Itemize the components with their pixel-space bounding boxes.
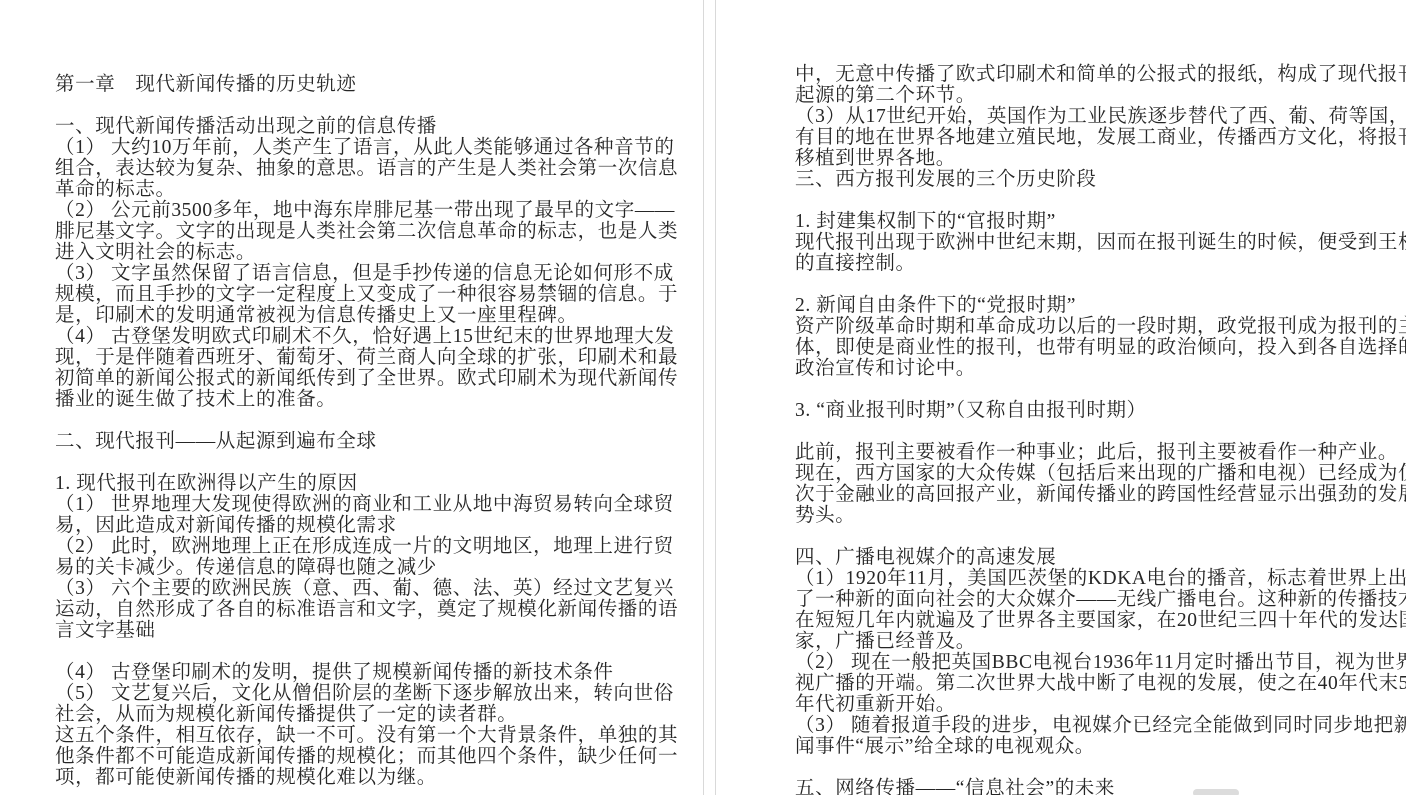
- text-line: 初简单的新闻公报式的新闻纸传到了全世界。欧式印刷术为现代新闻传: [55, 368, 678, 389]
- text-line: （4） 古登堡印刷术的发明，提供了规模新闻传播的新技术条件: [55, 662, 678, 683]
- page-right-text: 中，无意中传播了欧式印刷术和简单的公报式的报纸，构成了现代报刊起源的第二个环节。…: [795, 64, 1406, 795]
- text-line: 三、西方报刊发展的三个历史阶段: [795, 169, 1406, 190]
- document-page-left[interactable]: 第一章 现代新闻传播的历史轨迹 一、现代新闻传播活动出现之前的信息传播（1） 大…: [0, 0, 704, 795]
- text-line: 四、广播电视媒介的高速发展: [795, 547, 1406, 568]
- text-line: [55, 641, 678, 662]
- text-line: [55, 95, 678, 116]
- text-line: 易，因此造成对新闻传播的规模化需求: [55, 515, 678, 536]
- page-left-text: 第一章 现代新闻传播的历史轨迹 一、现代新闻传播活动出现之前的信息传播（1） 大…: [55, 74, 678, 788]
- text-line: （4） 古登堡发明欧式印刷术不久，恰好遇上15世纪末的世界地理大发: [55, 326, 678, 347]
- text-line: [795, 190, 1406, 211]
- text-line: 现代报刊出现于欧洲中世纪末期，因而在报刊诞生的时候，便受到王权: [795, 232, 1406, 253]
- text-line: （3） 随着报道手段的进步，电视媒介已经完全能做到同时同步地把新: [795, 715, 1406, 736]
- text-line: 是，印刷术的发明通常被视为信息传播史上又一座里程碑。: [55, 305, 678, 326]
- text-line: 政治宣传和讨论中。: [795, 358, 1406, 379]
- text-line: 播业的诞生做了技术上的准备。: [55, 389, 678, 410]
- text-line: 现，于是伴随着西班牙、葡萄牙、荷兰商人向全球的扩张，印刷术和最: [55, 347, 678, 368]
- text-line: [795, 526, 1406, 547]
- text-line: 有目的地在世界各地建立殖民地，发展工商业，传播西方文化，将报刊: [795, 127, 1406, 148]
- text-line: （2） 现在一般把英国BBC电视台1936年11月定时播出节目，视为世界电: [795, 652, 1406, 673]
- text-line: 组合，表达较为复杂、抽象的意思。语言的产生是人类社会第一次信息: [55, 158, 678, 179]
- text-line: （2） 公元前3500多年，地中海东岸腓尼基一带出现了最早的文字——: [55, 200, 678, 221]
- text-line: 他条件都不可能造成新闻传播的规模化；而其他四个条件，缺少任何一: [55, 746, 678, 767]
- document-viewport: 第一章 现代新闻传播的历史轨迹 一、现代新闻传播活动出现之前的信息传播（1） 大…: [0, 0, 1406, 795]
- text-line: （2） 此时，欧洲地理上正在形成连成一片的文明地区，地理上进行贸: [55, 536, 678, 557]
- text-line: 革命的标志。: [55, 179, 678, 200]
- text-line: [55, 452, 678, 473]
- text-line: （3）从17世纪开始，英国作为工业民族逐步替代了西、葡、荷等国，: [795, 106, 1406, 127]
- bottom-fade-hint: [1193, 789, 1239, 795]
- text-line: 年代初重新开始。: [795, 694, 1406, 715]
- text-line: 规模，而且手抄的文字一定程度上又变成了一种很容易禁锢的信息。于: [55, 284, 678, 305]
- text-line: （3） 文字虽然保留了语言信息，但是手抄传递的信息无论如何形不成: [55, 263, 678, 284]
- text-line: 现在，西方国家的大众传媒（包括后来出现的广播和电视）已经成为仅: [795, 463, 1406, 484]
- text-line: 二、现代报刊——从起源到遍布全球: [55, 431, 678, 452]
- text-line: 第一章 现代新闻传播的历史轨迹: [55, 74, 678, 95]
- text-line: [795, 421, 1406, 442]
- text-line: 项，都可能使新闻传播的规模化难以为继。: [55, 767, 678, 788]
- text-line: [795, 379, 1406, 400]
- text-line: 体，即使是商业性的报刊，也带有明显的政治倾向，投入到各自选择的: [795, 337, 1406, 358]
- text-line: （1）1920年11月，美国匹茨堡的KDKA电台的播音，标志着世界上出现: [795, 568, 1406, 589]
- text-line: 家，广播已经普及。: [795, 631, 1406, 652]
- text-line: 资产阶级革命时期和革命成功以后的一段时期，政党报刊成为报刊的主: [795, 316, 1406, 337]
- text-line: 的直接控制。: [795, 253, 1406, 274]
- text-line: （1） 世界地理大发现使得欧洲的商业和工业从地中海贸易转向全球贸: [55, 494, 678, 515]
- text-line: 中，无意中传播了欧式印刷术和简单的公报式的报纸，构成了现代报刊: [795, 64, 1406, 85]
- text-line: 了一种新的面向社会的大众媒介——无线广播电台。这种新的传播技术: [795, 589, 1406, 610]
- text-line: [55, 410, 678, 431]
- text-line: （1） 大约10万年前，人类产生了语言，从此人类能够通过各种音节的: [55, 137, 678, 158]
- document-page-right[interactable]: 中，无意中传播了欧式印刷术和简单的公报式的报纸，构成了现代报刊起源的第二个环节。…: [715, 0, 1406, 795]
- text-line: 1. 封建集权制下的“官报时期”: [795, 211, 1406, 232]
- text-line: 进入文明社会的标志。: [55, 242, 678, 263]
- text-line: 一、现代新闻传播活动出现之前的信息传播: [55, 116, 678, 137]
- text-line: 移植到世界各地。: [795, 148, 1406, 169]
- text-line: 此前，报刊主要被看作一种事业；此后，报刊主要被看作一种产业。: [795, 442, 1406, 463]
- text-line: （3） 六个主要的欧洲民族（意、西、葡、德、法、英）经过文艺复兴: [55, 578, 678, 599]
- text-line: 言文字基础: [55, 620, 678, 641]
- text-line: 五、网络传播——“信息社会”的未来: [795, 778, 1406, 795]
- text-line: 腓尼基文字。文字的出现是人类社会第二次信息革命的标志，也是人类: [55, 221, 678, 242]
- text-line: 运动，自然形成了各自的标准语言和文字，奠定了规模化新闻传播的语: [55, 599, 678, 620]
- text-line: [795, 274, 1406, 295]
- text-line: 这五个条件，相互依存，缺一不可。没有第一个大背景条件，单独的其: [55, 725, 678, 746]
- text-line: 2. 新闻自由条件下的“党报时期”: [795, 295, 1406, 316]
- text-line: [795, 757, 1406, 778]
- text-line: 1. 现代报刊在欧洲得以产生的原因: [55, 473, 678, 494]
- text-line: 视广播的开端。第二次世界大战中断了电视的发展，使之在40年代末50: [795, 673, 1406, 694]
- text-line: 闻事件“展示”给全球的电视观众。: [795, 736, 1406, 757]
- text-line: 次于金融业的高回报产业，新闻传播业的跨国性经营显示出强劲的发展: [795, 484, 1406, 505]
- text-line: （5） 文艺复兴后，文化从僧侣阶层的垄断下逐步解放出来，转向世俗: [55, 683, 678, 704]
- text-line: 势头。: [795, 505, 1406, 526]
- text-line: 起源的第二个环节。: [795, 85, 1406, 106]
- text-line: 在短短几年内就遍及了世界各主要国家，在20世纪三四十年代的发达国: [795, 610, 1406, 631]
- text-line: 易的关卡减少。传递信息的障碍也随之减少: [55, 557, 678, 578]
- text-line: 社会，从而为规模化新闻传播提供了一定的读者群。: [55, 704, 678, 725]
- text-line: 3. “商业报刊时期”（又称自由报刊时期）: [795, 400, 1406, 421]
